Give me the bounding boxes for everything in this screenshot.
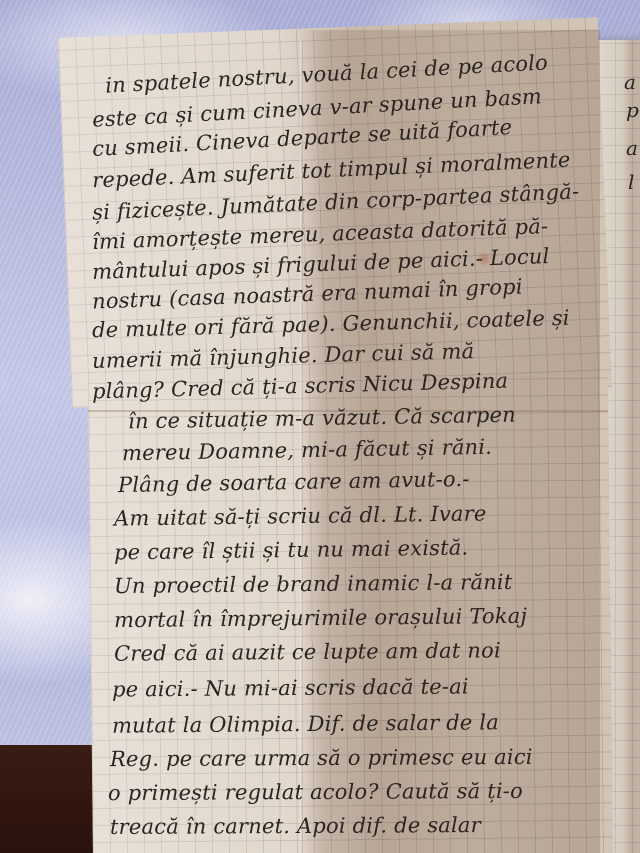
adjacent-page-fragment: l (628, 170, 635, 194)
adjacent-page-fragment: a (624, 70, 636, 94)
letter-line: Cred că ai auzit ce lupte am dat noi (114, 638, 501, 665)
letter-line: Un proectil de brand inamic l-a rănit (114, 570, 513, 598)
letter-line: treacă în carnet. Apoi dif. de salar (110, 813, 481, 839)
letter-line: plâng? Cred că ți-a scris Nicu Despina (92, 369, 509, 404)
letter-line: umerii mă înjunghie. Dar cui să mă (92, 339, 475, 373)
letter-line: mereu Doamne, mi-a făcut și răni. (122, 435, 492, 465)
letter-line: Plâng de soarta care am avut-o.- (118, 467, 470, 497)
letter-line: Am uitat să-ți scriu că dl. Lt. Ivare (114, 501, 487, 530)
letter-line: pe care îl știi și tu nu mai există. (114, 536, 469, 565)
letter-line: pe aici.- Nu mi-ai scris dacă te-ai (112, 674, 469, 701)
adjacent-page-fragment: p (626, 98, 639, 122)
letter-line: Reg. pe care urma să o primesc eu aici (110, 745, 533, 771)
handwritten-letter: in spatele nostru, vouă la cei de pe aco… (0, 0, 640, 853)
letter-line: de multe ori fără pae). Genunchii, coate… (92, 306, 570, 342)
letter-line: o primești regulat acolo? Caută să ți-o (108, 779, 523, 805)
adjacent-page-fragment: a (626, 136, 638, 160)
letter-line: mortal în împrejurimile orașului Tokaj (114, 604, 527, 632)
letter-line: în ce situație m-a văzut. Că scarpen (128, 403, 516, 434)
letter-line: mutat la Olimpia. Dif. de salar de la (112, 710, 499, 737)
